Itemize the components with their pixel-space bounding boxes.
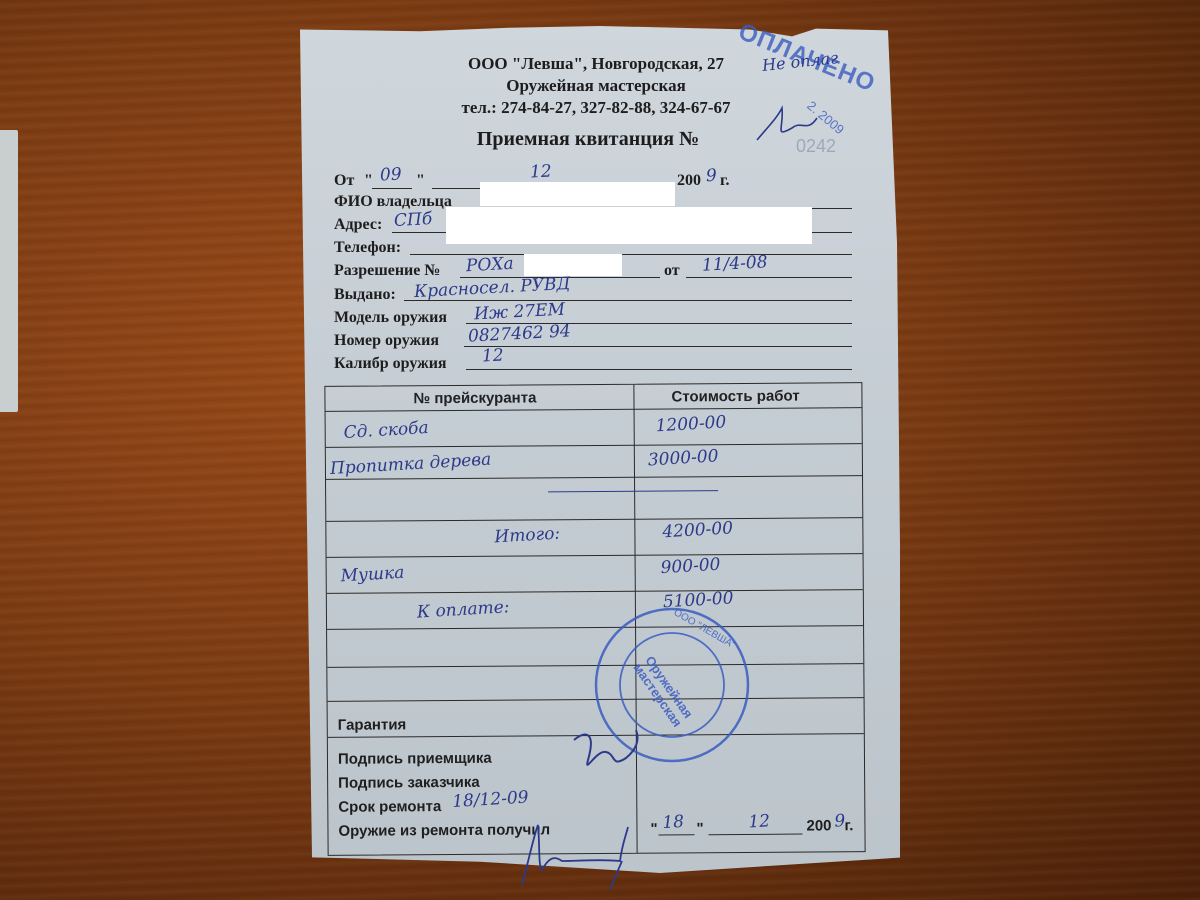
date-day-line	[372, 188, 412, 189]
quote-close: "	[416, 172, 425, 190]
table-row-cost: 900-00	[660, 555, 721, 579]
caliber-line[interactable]	[466, 369, 852, 370]
received-year-prefix: 200	[806, 817, 831, 834]
warranty-label: Гарантия	[338, 716, 407, 733]
date-day-value[interactable]: 09	[379, 164, 402, 185]
table-row-item: Итого:	[494, 524, 561, 548]
received-month-line	[709, 834, 803, 836]
date-label: От	[334, 172, 354, 190]
model-label: Модель оружия	[334, 309, 447, 327]
customer-signature-icon	[510, 815, 650, 890]
table-row-item: К оплате:	[416, 597, 510, 622]
ink-underline	[548, 490, 718, 492]
table-row-item: Мушка	[340, 563, 405, 587]
number-label: Номер оружия	[334, 332, 439, 350]
row-divider	[326, 407, 862, 412]
side-paper-edge	[0, 130, 18, 412]
permit-from-label: от	[664, 262, 680, 280]
row-divider	[326, 517, 862, 522]
caliber-label: Калибр оружия	[334, 355, 447, 373]
received-year-unit: г.	[844, 817, 853, 834]
receiver-signature-icon	[566, 720, 646, 780]
table-row-cost: 1200-00	[655, 412, 727, 436]
col-header-pricelist: № прейскуранта	[413, 389, 536, 407]
quote-close: "	[696, 820, 703, 837]
quote-open: "	[650, 821, 657, 838]
customer-signature-label: Подпись заказчика	[338, 774, 480, 792]
date-year-prefix: 200	[677, 172, 701, 190]
issued-label: Выдано:	[334, 286, 396, 304]
row-divider	[327, 589, 863, 594]
redaction-block	[446, 207, 812, 244]
permit-label: Разрешение №	[334, 262, 440, 280]
redaction-block	[524, 254, 622, 276]
table-row-cost: 4200-00	[662, 518, 734, 542]
date-year-suffix[interactable]: 9	[705, 166, 717, 187]
received-month[interactable]: 12	[748, 811, 771, 832]
table-row-cost: 3000-00	[647, 446, 719, 470]
phone-label: Телефон:	[334, 239, 401, 257]
address-label: Адрес:	[334, 216, 382, 234]
date-year-unit: г.	[720, 172, 729, 190]
received-day[interactable]: 18	[662, 812, 685, 833]
repair-term-label: Срок ремонта	[338, 798, 441, 816]
address-value[interactable]: СПб	[394, 209, 433, 231]
received-day-line	[659, 834, 695, 835]
number-line[interactable]	[464, 346, 852, 347]
table-row-item: Сд. скоба	[343, 418, 429, 443]
owner-label: ФИО владельца	[334, 193, 452, 211]
redaction-block	[480, 182, 675, 206]
permit-value[interactable]: РОХа	[466, 254, 515, 276]
row-divider	[326, 443, 862, 448]
repair-term-value[interactable]: 18/12-09	[452, 787, 529, 811]
permit-from-line[interactable]	[686, 277, 852, 278]
permit-from-value[interactable]: 11/4-08	[702, 252, 769, 275]
row-divider	[326, 475, 862, 480]
date-month-value[interactable]: 12	[529, 161, 552, 182]
caliber-value[interactable]: 12	[481, 345, 504, 366]
col-header-cost: Стоимость работ	[671, 388, 799, 406]
table-row-item: Пропитка дерева	[329, 450, 491, 480]
issued-line[interactable]	[404, 300, 852, 301]
paid-signature-icon	[752, 98, 822, 148]
receiver-signature-label: Подпись приемщика	[338, 750, 492, 768]
row-divider	[327, 553, 863, 558]
